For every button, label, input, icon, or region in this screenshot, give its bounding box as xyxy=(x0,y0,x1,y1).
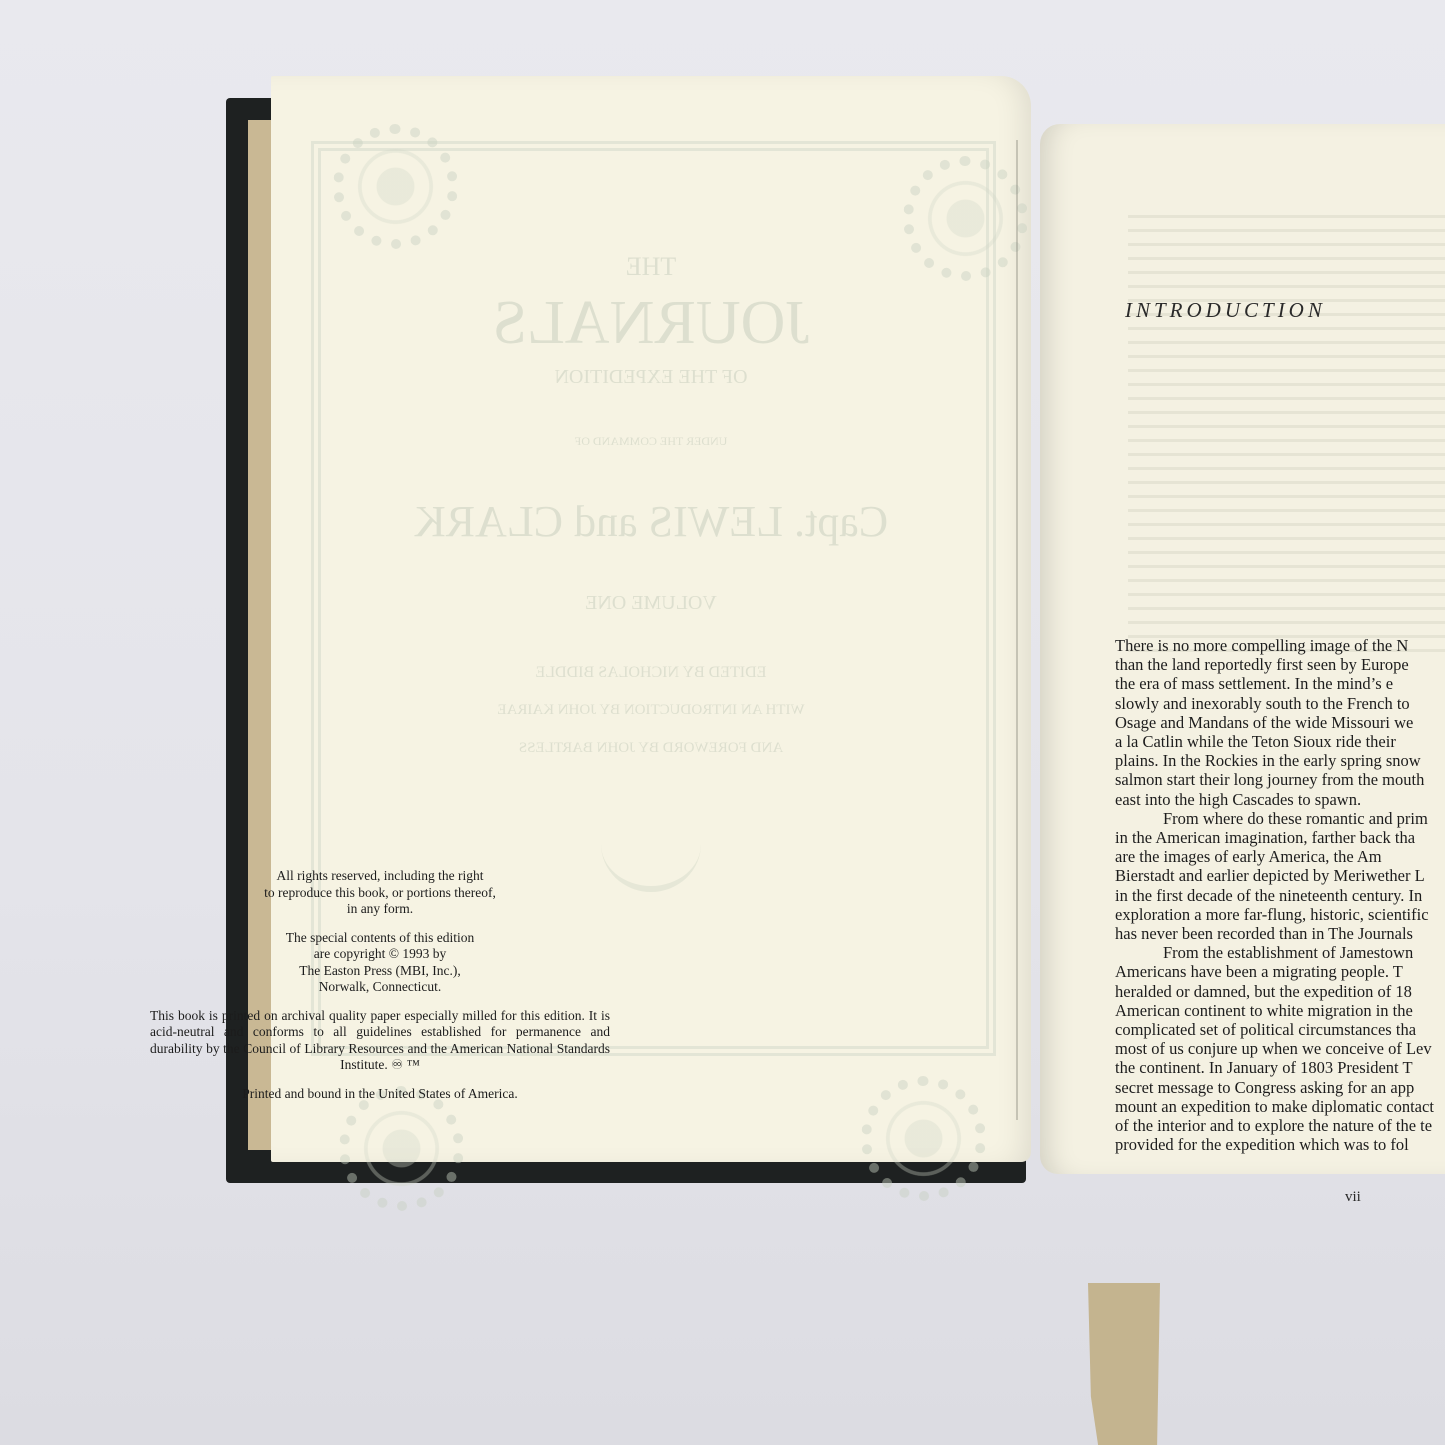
body-line: plains. In the Rockies in the early spri… xyxy=(1115,751,1445,770)
archival-paper-paragraph: This book is printed on archival quality… xyxy=(150,1008,610,1074)
body-line: American continent to white migration in… xyxy=(1115,1001,1445,1020)
rights-line: All rights reserved, including the right xyxy=(277,868,484,883)
body-line: are the images of early America, the Am xyxy=(1115,847,1445,866)
body-line: exploration a more far-flung, historic, … xyxy=(1115,905,1445,924)
book-gutter xyxy=(1016,140,1018,1120)
rights-line: in any form. xyxy=(347,901,413,916)
body-line: the continent. In January of 1803 Presid… xyxy=(1115,1058,1445,1077)
copyright-block: All rights reserved, including the right… xyxy=(160,868,600,1114)
show-through-the: THE xyxy=(271,252,1031,282)
right-page-introduction: INTRODUCTION There is no more compelling… xyxy=(1040,124,1445,1174)
show-through-text xyxy=(1128,204,1445,663)
printed-in-usa: Printed and bound in the United States o… xyxy=(160,1086,600,1103)
copyright-line: Norwalk, Connecticut. xyxy=(319,979,442,994)
body-line: salmon start their long journey from the… xyxy=(1115,770,1445,789)
show-through-foreword: AND FOREWORD BY JOHN BARTLESS xyxy=(271,740,1031,757)
show-through-command: UNDER THE COMMAND OF xyxy=(271,434,1031,449)
rights-paragraph: All rights reserved, including the right… xyxy=(160,868,600,918)
show-through-introduction: WITH AN INTRODUCTION BY JOHN KAIRAE xyxy=(271,702,1031,719)
show-through-editor: EDITED BY NICHOLAS BIDDLE xyxy=(271,664,1031,682)
body-line: in the first decade of the nineteenth ce… xyxy=(1115,886,1445,905)
body-line: There is no more compelling image of the… xyxy=(1115,636,1445,655)
show-through-expedition: OF THE EXPEDITION xyxy=(271,366,1031,389)
body-line: has never been recorded than in The Jour… xyxy=(1115,924,1445,943)
rights-line: to reproduce this book, or portions ther… xyxy=(264,885,496,900)
body-line: From where do these romantic and prim xyxy=(1115,809,1445,828)
body-line: of the interior and to explore the natur… xyxy=(1115,1116,1445,1135)
body-line: than the land reportedly first seen by E… xyxy=(1115,655,1445,674)
copyright-line: The special contents of this edition xyxy=(286,930,475,945)
body-line: Americans have been a migrating people. … xyxy=(1115,962,1445,981)
copyright-line: are copyright © 1993 by xyxy=(314,946,446,961)
show-through-lewis-clark: Capt. LEWIS and CLARK xyxy=(271,496,1031,547)
show-through-emblem-icon xyxy=(601,796,701,892)
copyright-line: The Easton Press (MBI, Inc.), xyxy=(299,963,461,978)
rosette-ornament-icon xyxy=(333,124,458,249)
body-line: east into the high Cascades to spawn. xyxy=(1115,790,1445,809)
body-line: most of us conjure up when we conceive o… xyxy=(1115,1039,1445,1058)
body-line: Bierstadt and earlier depicted by Meriwe… xyxy=(1115,866,1445,885)
bookmark-ribbon[interactable] xyxy=(1088,1283,1160,1445)
body-line: secret message to Congress asking for an… xyxy=(1115,1078,1445,1097)
body-line: in the American imagination, farther bac… xyxy=(1115,828,1445,847)
rosette-ornament-icon xyxy=(861,1076,986,1201)
page-number: vii xyxy=(1345,1189,1361,1206)
edition-copyright-paragraph: The special contents of this edition are… xyxy=(160,930,600,996)
body-line: a la Catlin while the Teton Sioux ride t… xyxy=(1115,732,1445,751)
body-line: From the establishment of Jamestown xyxy=(1115,943,1445,962)
body-line: Osage and Mandans of the wide Missouri w… xyxy=(1115,713,1445,732)
body-line: heralded or damned, but the expedition o… xyxy=(1115,982,1445,1001)
show-through-volume: VOLUME ONE xyxy=(271,592,1031,615)
body-line: the era of mass settlement. In the mind’… xyxy=(1115,674,1445,693)
body-line: mount an expedition to make diplomatic c… xyxy=(1115,1097,1445,1116)
body-line: slowly and inexorably south to the Frenc… xyxy=(1115,694,1445,713)
chapter-title: INTRODUCTION xyxy=(1125,298,1326,323)
body-line: provided for the expedition which was to… xyxy=(1115,1135,1445,1154)
body-line: complicated set of political circumstanc… xyxy=(1115,1020,1445,1039)
show-through-journals: JOURNALS xyxy=(271,288,1031,359)
introduction-body: There is no more compelling image of the… xyxy=(1115,636,1445,1154)
